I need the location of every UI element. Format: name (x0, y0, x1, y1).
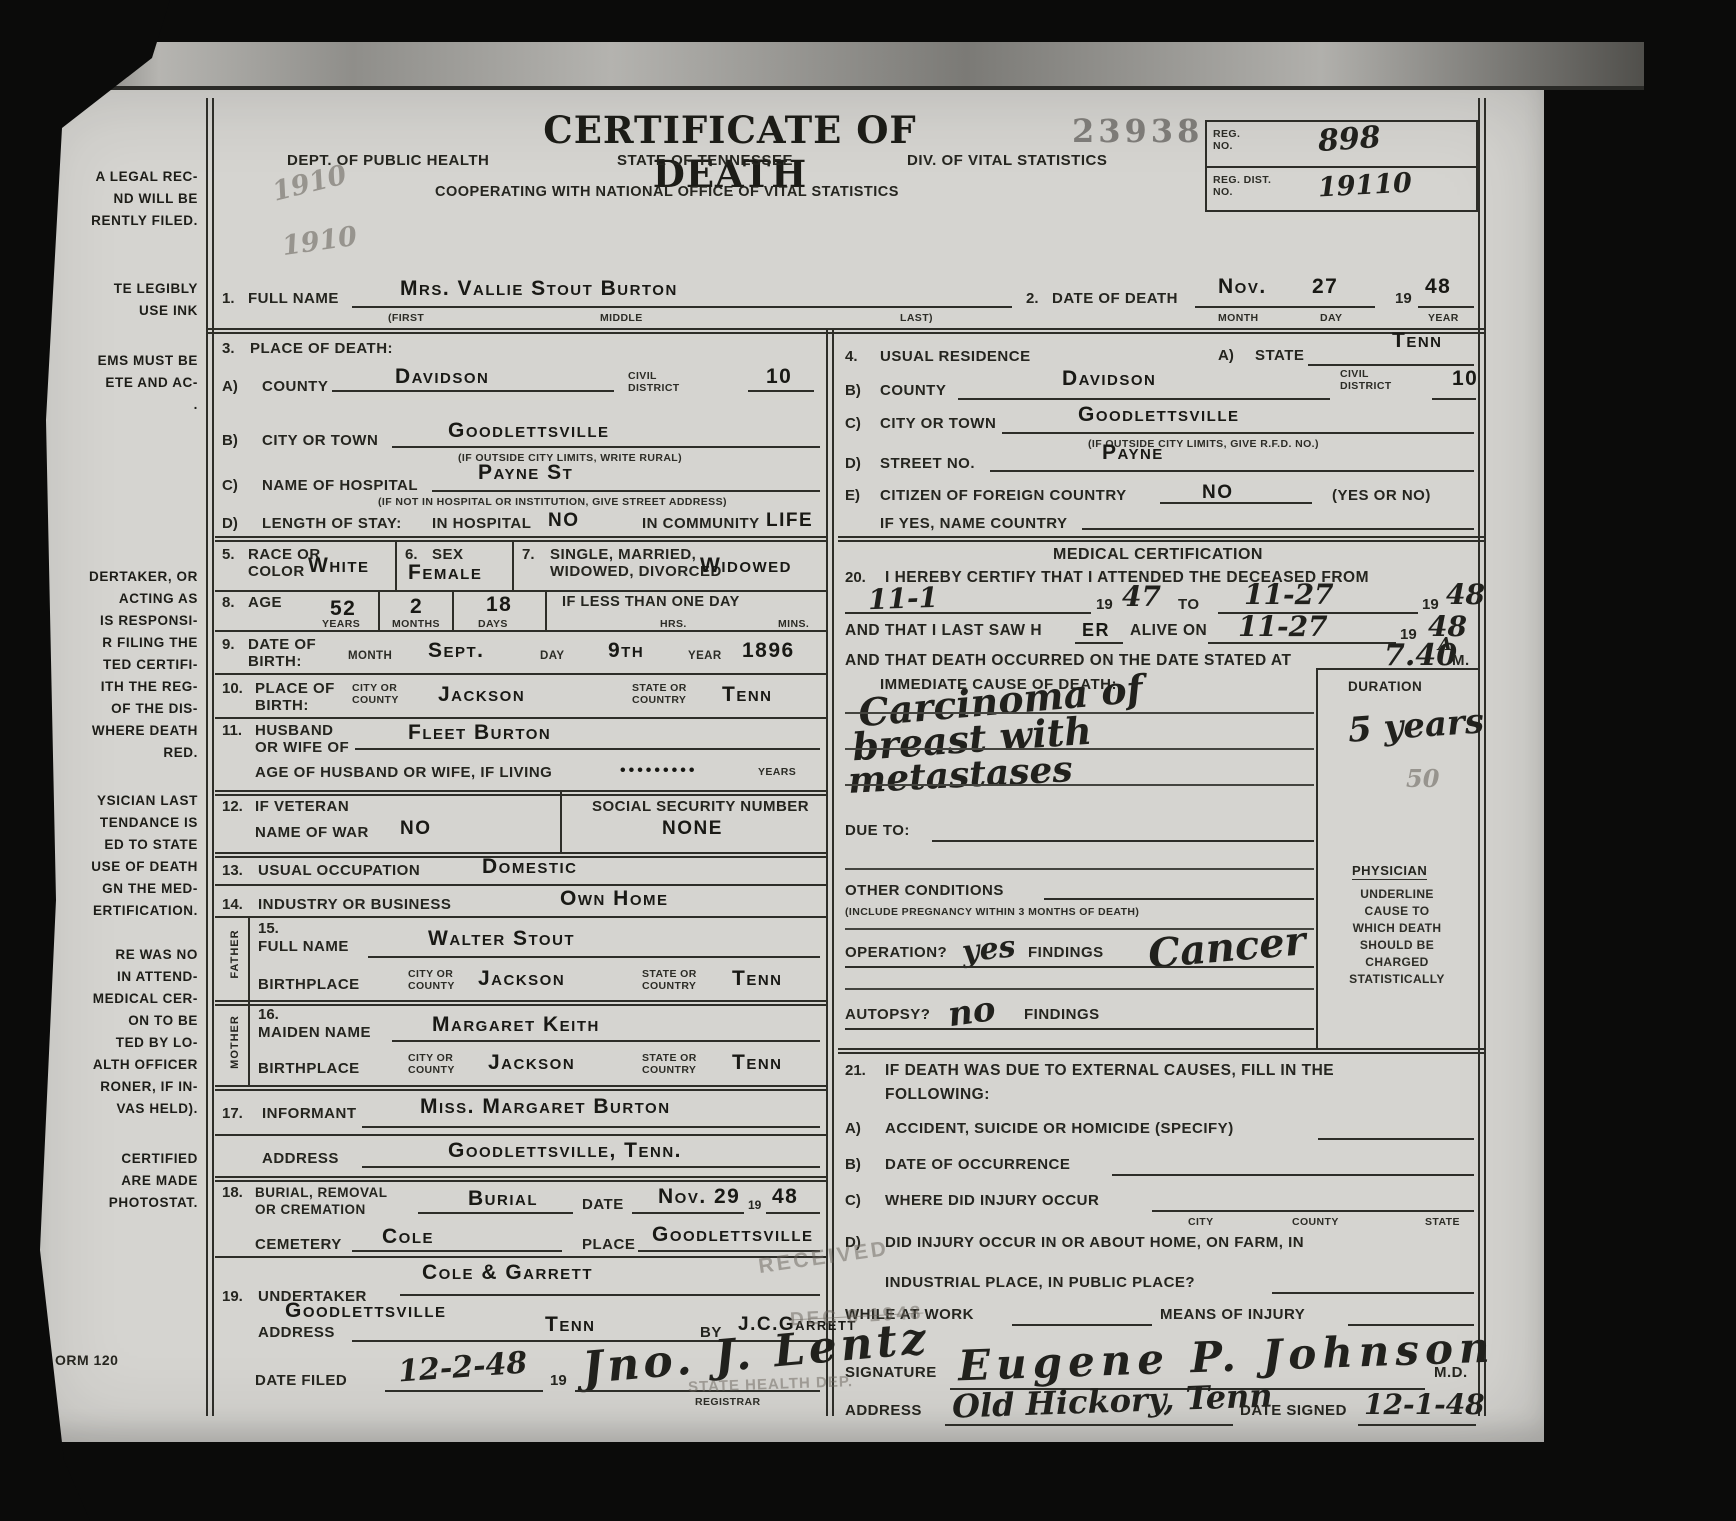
father-bp-state-value: Tenn (732, 968, 783, 989)
burial-label: BURIAL, REMOVAL OR CREMATION (255, 1184, 388, 1218)
death-year-value: 48 (1425, 276, 1451, 297)
informant-address-value: Goodlettsville, Tenn. (448, 1140, 682, 1161)
divider (1082, 528, 1474, 530)
divider (362, 1166, 820, 1168)
spouse-years-label: YEARS (758, 766, 796, 778)
sub-year: YEAR (1428, 312, 1459, 324)
where-injury-label: WHERE DID INJURY OCCUR (885, 1192, 1099, 1209)
res-county-value: Davidson (1062, 368, 1156, 389)
divider (1044, 898, 1314, 900)
in-community-label: IN COMMUNITY (642, 515, 760, 532)
divider (215, 1134, 826, 1136)
her-value: ER (1082, 620, 1110, 641)
divider (1418, 306, 1474, 308)
industry-label: INDUSTRY OR BUSINESS (258, 896, 451, 913)
field-7-number: 7. (522, 546, 535, 563)
dob-month-label: MONTH (348, 650, 392, 662)
sex-value: Female (408, 562, 482, 583)
divider (385, 1390, 543, 1392)
name-of-war-label: NAME OF WAR (255, 824, 369, 841)
registrar-label: REGISTRAR (695, 1396, 760, 1408)
divider (1205, 166, 1478, 168)
other-conditions-label: OTHER CONDITIONS (845, 882, 1004, 899)
divider (215, 1176, 826, 1182)
physician-label: PHYSICIAN (1352, 862, 1427, 880)
margin-note-undertaker: DERTAKER, OR ACTING AS IS RESPONSI- R FI… (46, 566, 198, 764)
res-civil-district-value: 10 (1452, 368, 1478, 389)
divider (1272, 1292, 1474, 1294)
operation-label: OPERATION? (845, 944, 947, 961)
reg-dist-label: REG. DIST. NO. (1213, 174, 1271, 198)
burial-date-value: Nov. 29 (658, 1186, 740, 1207)
burial-place-label: PLACE (582, 1236, 635, 1253)
field-12-number: 12. (222, 798, 243, 815)
dob-year-label: YEAR (688, 650, 722, 662)
informant-address-label: ADDRESS (262, 1150, 339, 1167)
divider (845, 784, 1314, 786)
divider (215, 590, 826, 592)
pob-label: PLACE OF BIRTH: (255, 680, 335, 714)
signature-label: SIGNATURE (845, 1364, 937, 1381)
margin-note-physician: YSICIAN LAST TENDANCE IS ED TO STATE USE… (46, 790, 198, 922)
physician-address-label: ADDRESS (845, 1402, 922, 1419)
divider (392, 1040, 820, 1042)
city-or-town-label: CITY OR TOWN (262, 432, 378, 449)
mother-bp-city-label: CITY OR COUNTY (408, 1052, 455, 1076)
age-months-value: 2 (410, 596, 423, 617)
pencil-50-note: 50 (1406, 764, 1439, 793)
pob-state-label: STATE OR COUNTRY (632, 682, 687, 706)
mother-birthplace-label: BIRTHPLACE (258, 1060, 360, 1077)
dob-label: DATE OF BIRTH: (248, 636, 316, 670)
father-bp-city-label: CITY OR COUNTY (408, 968, 455, 992)
field-9-number: 9. (222, 636, 235, 653)
last-saw-date-value: 11-27 (1238, 610, 1328, 643)
from-year-prefix: 19 (1096, 596, 1113, 613)
res-state-label: STATE (1255, 347, 1304, 364)
divider (215, 536, 826, 542)
margin-note-no-attendance: RE WAS NO IN ATTEND- MEDICAL CER- ON TO … (46, 944, 198, 1120)
divider (958, 398, 1330, 400)
divider (352, 306, 1012, 308)
burial-date-label: DATE (582, 1196, 624, 1213)
length-of-stay-label: LENGTH OF STAY: (262, 515, 402, 532)
divider (1012, 1324, 1152, 1326)
pob-city-value: Jackson (438, 684, 525, 705)
usual-residence-label: USUAL RESIDENCE (880, 348, 1031, 365)
field-10-number: 10. (222, 680, 243, 697)
date-filed-year-prefix: 19 (550, 1372, 567, 1389)
md-label: M.D. (1434, 1364, 1468, 1381)
res-c: C) (845, 415, 861, 432)
ext-b: B) (845, 1156, 861, 1173)
divider (1358, 1424, 1476, 1426)
mother-bp-state-value: Tenn (732, 1052, 783, 1073)
divider (845, 988, 1314, 990)
veteran-value: NO (400, 818, 432, 839)
divider (248, 916, 250, 1000)
divider (215, 1085, 826, 1091)
divider (1318, 1138, 1474, 1140)
divider (1075, 642, 1123, 644)
date-of-occurrence-label: DATE OF OCCURRENCE (885, 1156, 1070, 1173)
divider (248, 1000, 250, 1085)
father-birthplace-label: BIRTHPLACE (258, 976, 360, 993)
divider (332, 390, 614, 392)
place-b: B) (222, 432, 238, 449)
medical-certification-heading: MEDICAL CERTIFICATION (838, 546, 1478, 563)
field-4-number: 4. (845, 348, 858, 365)
ext-a: A) (845, 1120, 861, 1137)
mother-name-label: MAIDEN NAME (258, 1024, 371, 1041)
last-saw-line: AND THAT I LAST SAW H (845, 622, 1042, 639)
pob-state-value: Tenn (722, 684, 773, 705)
death-month-value: Nov. (1218, 276, 1267, 297)
attended-from-value: 11-1 (867, 581, 938, 616)
divider (1308, 364, 1474, 366)
divider (1002, 432, 1474, 434)
res-a: A) (1218, 347, 1234, 364)
place-a: A) (222, 378, 238, 395)
field-3-number: 3. (222, 340, 235, 357)
divider (545, 590, 547, 630)
hrs-label: HRS. (660, 618, 687, 630)
citizen-label: CITIZEN OF FOREIGN COUNTRY (880, 487, 1127, 504)
divider (845, 1028, 1314, 1030)
field-20-number: 20. (845, 569, 866, 586)
reg-no-value: 898 (1317, 120, 1382, 159)
divider (1160, 502, 1312, 504)
divider (845, 612, 1091, 614)
occupation-value: Domestic (482, 856, 578, 877)
divider (560, 790, 562, 852)
date-of-death-label: DATE OF DEATH (1052, 290, 1178, 307)
divider (215, 717, 826, 719)
sub-middle: MIDDLE (600, 312, 643, 324)
to-label: TO (1178, 596, 1200, 613)
res-b: B) (845, 382, 861, 399)
field-14-number: 14. (222, 896, 243, 913)
injury-state-label: STATE (1425, 1216, 1460, 1228)
divider (1195, 306, 1375, 308)
pregnancy-note: (INCLUDE PREGNANCY WITHIN 3 MONTHS OF DE… (845, 906, 1139, 918)
undertaker-address-state: Tenn (545, 1314, 596, 1335)
ssn-label: SOCIAL SECURITY NUMBER (592, 798, 809, 815)
ext-c: C) (845, 1192, 861, 1209)
in-community-value: LIFE (766, 510, 813, 531)
field-16-number: 16. (258, 1006, 279, 1023)
father-bp-state-label: STATE OR COUNTRY (642, 968, 697, 992)
injury-city-label: CITY (1188, 1216, 1214, 1228)
divider (206, 328, 1486, 334)
field-21-number: 21. (845, 1062, 866, 1079)
margin-note-photostat: CERTIFIED ARE MADE PHOTOSTAT. (46, 1148, 198, 1214)
date-signed-value: 12-1-48 (1364, 1388, 1485, 1421)
mins-label: MINS. (778, 618, 809, 630)
civil-district-value: 10 (766, 366, 792, 387)
field-1-number: 1. (222, 290, 235, 307)
divider (215, 673, 826, 675)
pob-city-label: CITY OR COUNTY (352, 682, 399, 706)
informant-label: INFORMANT (262, 1105, 357, 1122)
field-19-number: 19. (222, 1288, 243, 1305)
divider (845, 966, 1314, 968)
certificate-stamp-number: 23938 (1072, 112, 1203, 150)
divider (1208, 642, 1396, 644)
divider (378, 590, 380, 630)
citizen-value: NO (1202, 482, 1234, 503)
divider (355, 748, 820, 750)
undertaker-address-city: Goodlettsville (285, 1300, 447, 1321)
field-8-number: 8. (222, 594, 235, 611)
divider (838, 1048, 1486, 1054)
divider (215, 916, 826, 918)
divider (845, 868, 1314, 870)
cemetery-value: Cole (382, 1226, 434, 1247)
divider (632, 1212, 744, 1214)
marital-value: Widowed (700, 555, 792, 576)
cemetery-label: CEMETERY (255, 1236, 342, 1253)
date-signed-label: DATE SIGNED (1240, 1402, 1347, 1419)
divider (932, 840, 1314, 842)
accident-label: ACCIDENT, SUICIDE OR HOMICIDE (SPECIFY) (885, 1120, 1234, 1137)
sub-day: DAY (1320, 312, 1342, 324)
divider (432, 490, 820, 492)
dob-day-label: DAY (540, 650, 564, 662)
means-of-injury-label: MEANS OF INJURY (1160, 1306, 1305, 1323)
divider (368, 956, 820, 958)
county-value: Davidson (395, 366, 489, 387)
dob-day-value: 9th (608, 640, 644, 661)
due-to-label: DUE TO: (845, 822, 910, 839)
death-year-prefix: 19 (1395, 290, 1412, 307)
time-am-mark: A (1438, 634, 1452, 655)
age-of-spouse-dots: ••••••••• (620, 760, 697, 781)
res-civil-district-label: CIVIL DISTRICT (1340, 368, 1392, 392)
divider (512, 542, 514, 590)
in-hospital-label: IN HOSPITAL (432, 515, 531, 532)
county-label: COUNTY (262, 378, 328, 395)
if-less-than-one-day-label: IF LESS THAN ONE DAY (562, 594, 740, 611)
street-no-label: STREET NO. (880, 455, 975, 472)
divider (1112, 1174, 1474, 1176)
res-e: E) (845, 487, 860, 504)
injury-home-line2: INDUSTRIAL PLACE, IN PUBLIC PLACE? (885, 1274, 1195, 1291)
father-name-value: Walter Stout (428, 928, 575, 949)
sub-month: MONTH (1218, 312, 1259, 324)
field-17-number: 17. (222, 1105, 243, 1122)
form-number: ORM 120 (55, 1352, 118, 1369)
if-yes-country-label: IF YES, NAME COUNTRY (880, 515, 1068, 532)
informant-value: Miss. Margaret Burton (420, 1096, 671, 1117)
full-name-value: Mrs. Vallie Stout Burton (400, 278, 678, 299)
field-5-number: 5. (222, 546, 235, 563)
divider (395, 542, 397, 590)
divider (400, 1294, 820, 1296)
undertaker-address-label: ADDRESS (258, 1324, 335, 1341)
age-label: AGE (248, 594, 282, 611)
divider (845, 712, 1314, 714)
death-day-value: 27 (1312, 276, 1338, 297)
autopsy-label: AUTOPSY? (845, 1006, 930, 1023)
months-label: MONTHS (392, 618, 440, 630)
divider (990, 470, 1474, 472)
date-filed-label: DATE FILED (255, 1372, 347, 1389)
divider (845, 748, 1314, 750)
divider (352, 1250, 562, 1252)
hospital-value: Payne St (478, 462, 573, 483)
days-label: DAYS (478, 618, 508, 630)
injury-county-label: COUNTY (1292, 1216, 1339, 1228)
occupation-label: USUAL OCCUPATION (258, 862, 420, 879)
res-city-value: Goodlettsville (1078, 404, 1240, 425)
city-or-town-value: Goodlettsville (448, 420, 610, 441)
external-causes-line2: FOLLOWING: (885, 1086, 990, 1103)
place-c: C) (222, 477, 238, 494)
operation-value: yes (960, 929, 1017, 969)
alive-on-label: ALIVE ON (1130, 622, 1207, 639)
husband-value: Fleet Burton (408, 722, 551, 743)
page-stack-right-edge (1544, 56, 1644, 1446)
res-d: D) (845, 455, 861, 472)
mother-side-label: MOTHER (229, 1007, 241, 1077)
res-county-label: COUNTY (880, 382, 946, 399)
death-occurred-line: AND THAT DEATH OCCURRED ON THE DATE STAT… (845, 652, 1291, 669)
divider (748, 390, 814, 392)
field-15-number: 15. (258, 920, 279, 937)
margin-note-write-legibly: TE LEGIBLY USE INK (46, 278, 198, 322)
yes-or-no-label: (YES OR NO) (1332, 487, 1431, 504)
years-label: YEARS (322, 618, 360, 630)
burial-value: Burial (468, 1188, 538, 1209)
hospital-label: NAME OF HOSPITAL (262, 477, 418, 494)
age-days-value: 18 (486, 594, 512, 615)
time-m-label: M. (1452, 652, 1470, 669)
divider (1478, 98, 1486, 1416)
father-bp-city-value: Jackson (478, 968, 565, 989)
divider (945, 1424, 1233, 1426)
field-11-number: 11. (222, 722, 242, 739)
field-13-number: 13. (222, 862, 243, 879)
attended-to-value: 11-27 (1244, 578, 1334, 611)
divider (206, 98, 214, 1416)
reg-dist-value: 19110 (1317, 168, 1412, 204)
father-name-label: FULL NAME (258, 938, 349, 955)
full-name-label: FULL NAME (248, 290, 339, 307)
res-city-label: CITY OR TOWN (880, 415, 996, 432)
reg-no-label: REG. NO. (1213, 128, 1240, 152)
header-division: DIV. OF VITAL STATISTICS (907, 152, 1107, 169)
mother-name-value: Margaret Keith (432, 1014, 600, 1035)
divider (766, 1212, 820, 1214)
dob-month-value: Sept. (428, 640, 485, 661)
burial-year-value: 48 (772, 1186, 798, 1207)
header-cooperating: COOPERATING WITH NATIONAL OFFICE OF VITA… (435, 184, 899, 201)
divider (1432, 398, 1476, 400)
divider (392, 446, 820, 448)
industry-value: Own Home (560, 888, 669, 909)
divider (362, 1126, 820, 1128)
divider (1152, 1210, 1474, 1212)
father-side-label: FATHER (229, 919, 241, 989)
header-state: STATE OF TENNESSEE (617, 152, 793, 169)
place-of-death-label: PLACE OF DEATH: (250, 340, 393, 357)
res-state-value: Tenn (1392, 330, 1443, 351)
duration-label: DURATION (1348, 678, 1422, 695)
veteran-label: IF VETERAN (255, 798, 349, 815)
field-2-number: 2. (1026, 290, 1039, 307)
margin-note-items-complete: EMS MUST BE ETE AND AC- . (46, 350, 198, 416)
divider (215, 1256, 826, 1258)
field-18-number: 18. (222, 1184, 243, 1201)
divider (215, 1000, 826, 1006)
civil-district-label: CIVIL DISTRICT (628, 370, 680, 394)
divider (215, 630, 826, 632)
mother-bp-city-value: Jackson (488, 1052, 575, 1073)
sub-last: LAST) (900, 312, 933, 324)
divider (215, 790, 826, 796)
hospital-sub-note: (IF NOT IN HOSPITAL OR INSTITUTION, GIVE… (378, 496, 727, 508)
ssn-value: NONE (662, 818, 723, 839)
divider (418, 1212, 573, 1214)
physician-instructions: UNDERLINE CAUSE TO WHICH DEATH SHOULD BE… (1326, 886, 1468, 988)
age-years-value: 52 (330, 598, 356, 619)
burial-year-prefix: 19 (748, 1198, 761, 1212)
torn-page-edge-top (30, 42, 1644, 90)
sub-first: (FIRST (388, 312, 424, 324)
from-year-value: 47 (1122, 580, 1161, 613)
in-hospital-value: NO (548, 510, 580, 531)
margin-note-legal-record: A LEGAL REC- ND WILL BE RENTLY FILED. (46, 166, 198, 232)
to-year-value: 48 (1446, 578, 1485, 611)
external-causes-line1: IF DEATH WAS DUE TO EXTERNAL CAUSES, FIL… (885, 1062, 1334, 1079)
divider (215, 884, 826, 886)
mother-bp-state-label: STATE OR COUNTRY (642, 1052, 697, 1076)
age-of-spouse-label: AGE OF HUSBAND OR WIFE, IF LIVING (255, 764, 552, 781)
divider (452, 590, 454, 630)
autopsy-findings-label: FINDINGS (1024, 1006, 1100, 1023)
burial-place-value: Goodlettsville (652, 1224, 814, 1245)
place-d: D) (222, 515, 238, 532)
undertaker-value: Cole & Garrett (422, 1262, 593, 1283)
husband-label: HUSBAND OR WIFE OF (255, 722, 349, 756)
street-no-value: Payne (1102, 442, 1164, 463)
divider (838, 536, 1486, 542)
race-value: White (308, 555, 370, 576)
operation-findings-label: FINDINGS (1028, 944, 1104, 961)
injury-home-line1: DID INJURY OCCUR IN OR ABOUT HOME, ON FA… (885, 1234, 1304, 1251)
marital-label: SINGLE, MARRIED, WIDOWED, DIVORCED (550, 546, 722, 580)
dob-year-value: 1896 (742, 640, 795, 661)
